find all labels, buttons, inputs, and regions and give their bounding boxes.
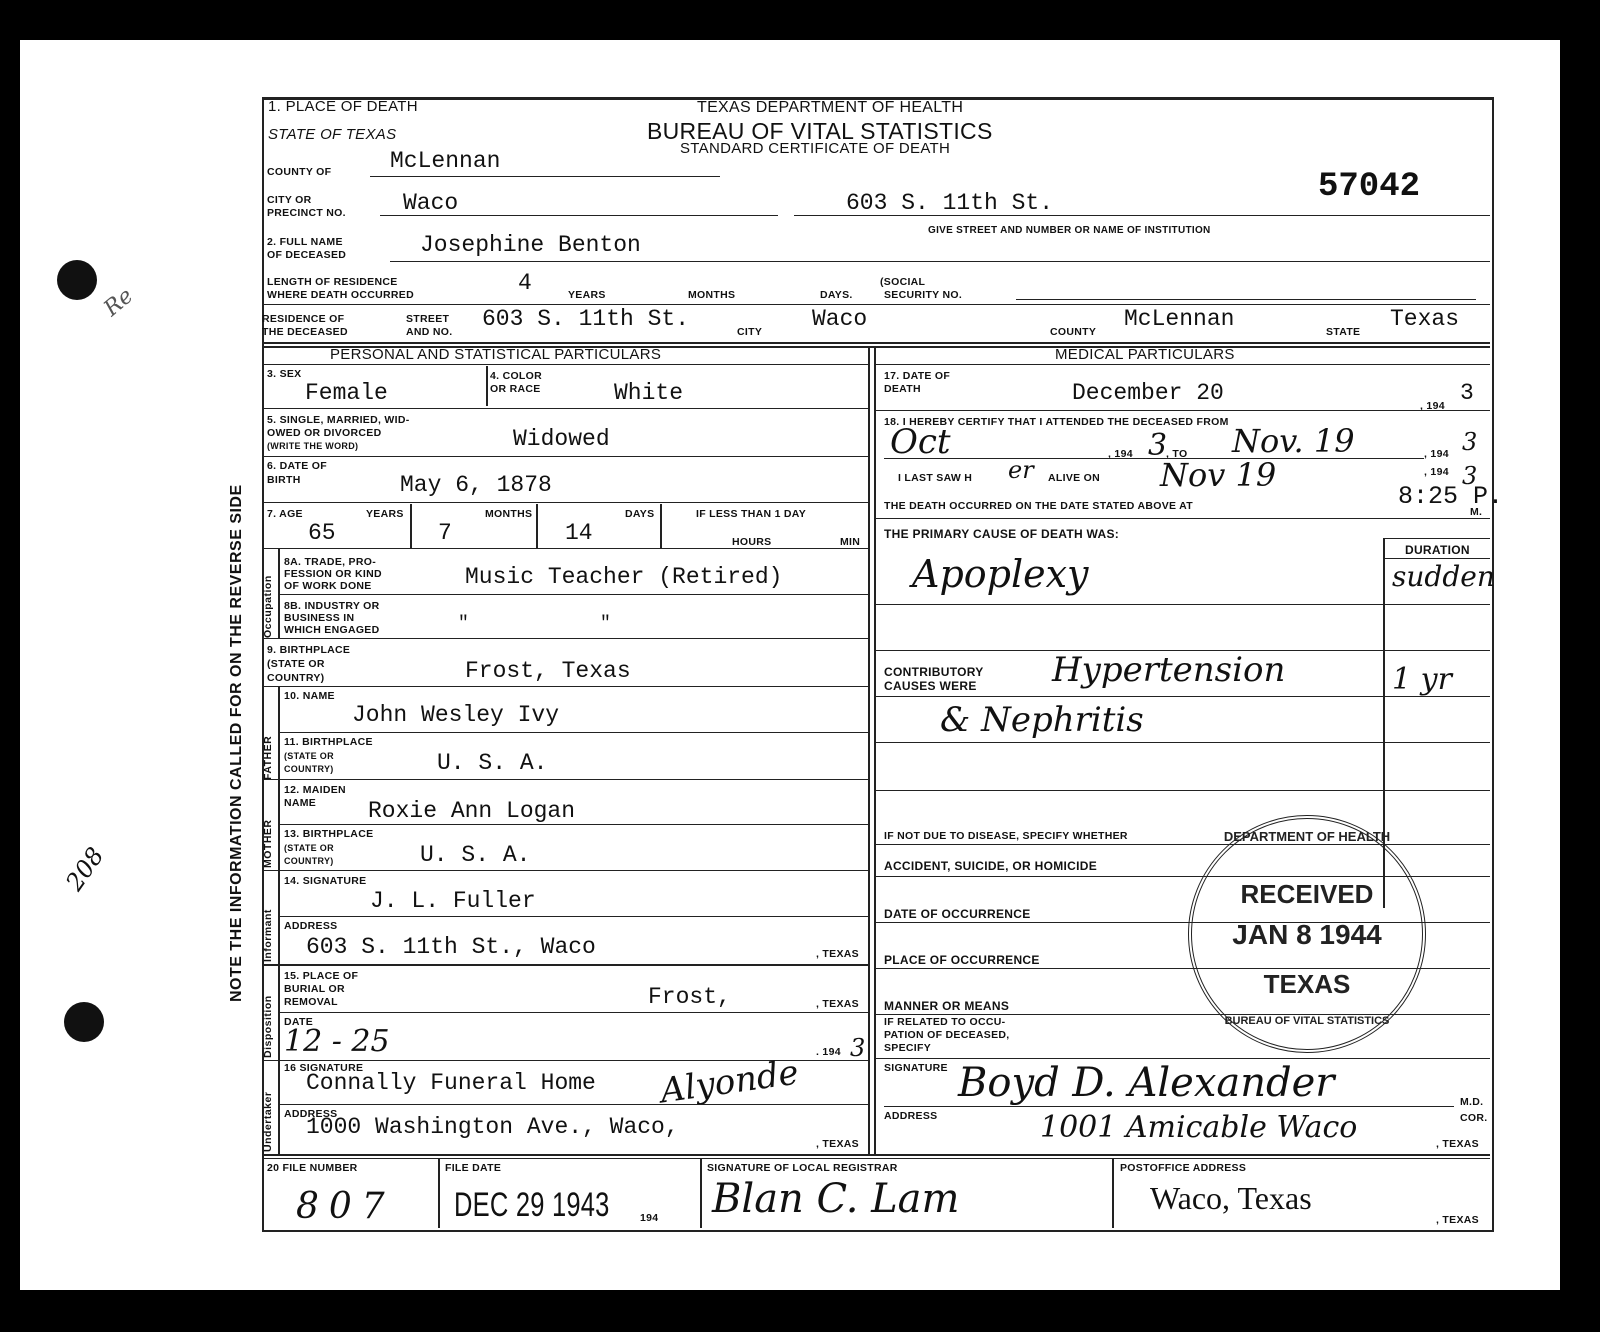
stamp-received: RECEIVED bbox=[1192, 879, 1422, 910]
father-birthplace-label-2: (STATE OR bbox=[284, 750, 334, 763]
personal-section-title: PERSONAL AND STATISTICAL PARTICULARS bbox=[330, 348, 661, 361]
year-prefix: , 194 bbox=[1108, 448, 1133, 461]
texas-label: , TEXAS bbox=[816, 998, 859, 1011]
bureau-title: BUREAU OF VITAL STATISTICS bbox=[647, 120, 993, 142]
last-saw-label: I LAST SAW H bbox=[898, 472, 972, 485]
mother-name-label: 12. MAIDEN bbox=[284, 784, 346, 797]
residence-label-2: THE DECEASED bbox=[262, 326, 348, 339]
contributory-duration: 1 yr bbox=[1392, 662, 1452, 697]
manner-label: MANNER OR MEANS bbox=[884, 1000, 1009, 1013]
attended-to: Nov. 19 bbox=[1232, 422, 1355, 460]
postoffice-value: Waco, Texas bbox=[1150, 1180, 1312, 1217]
residence-length-label: LENGTH OF RESIDENCE bbox=[267, 276, 398, 289]
dob-label: 6. DATE OF bbox=[267, 460, 327, 473]
race-value: White bbox=[614, 380, 683, 406]
trade-label-3: OF WORK DONE bbox=[284, 580, 372, 593]
age-days: 14 bbox=[565, 520, 593, 546]
disposition-side-label: Disposition bbox=[262, 968, 274, 1058]
duration-label: DURATION bbox=[1405, 544, 1470, 557]
texas-label: , TEXAS bbox=[1436, 1214, 1479, 1227]
year-prefix: , 194 bbox=[1424, 466, 1449, 479]
physician-address-label: ADDRESS bbox=[884, 1110, 937, 1123]
informant-address: 603 S. 11th St., Waco bbox=[306, 934, 596, 960]
informant-side-label: Informant bbox=[262, 874, 274, 962]
age-years: 65 bbox=[308, 520, 336, 546]
ssn-label: (SOCIAL bbox=[880, 276, 925, 289]
burial-label: 15. PLACE OF bbox=[284, 970, 358, 983]
cor-label: COR. bbox=[1460, 1112, 1487, 1125]
birthplace-label-3: COUNTRY) bbox=[267, 672, 324, 685]
days-label: DAYS. bbox=[820, 289, 853, 302]
father-name-label: 10. NAME bbox=[284, 690, 335, 703]
ssn-label-2: SECURITY NO. bbox=[884, 289, 962, 302]
age-label: 7. AGE bbox=[267, 508, 303, 521]
death-time-label: THE DEATH OCCURRED ON THE DATE STATED AB… bbox=[884, 500, 1193, 513]
stamp-ring-bottom: BUREAU OF VITAL STATISTICS bbox=[1192, 1015, 1422, 1027]
residence-state: Texas bbox=[1390, 306, 1459, 332]
age-months: 7 bbox=[438, 520, 452, 546]
received-stamp: DEPARTMENT OF HEALTH RECEIVED JAN 8 1944… bbox=[1188, 815, 1426, 1053]
date-occurrence-label: DATE OF OCCURRENCE bbox=[884, 908, 1031, 921]
file-number-label: 20 FILE NUMBER bbox=[267, 1162, 358, 1175]
full-name-label: 2. FULL NAME bbox=[267, 236, 343, 249]
dod-year-suffix: 3 bbox=[1460, 380, 1474, 406]
punch-hole bbox=[57, 260, 97, 300]
registrar-signature: Blan C. Lam bbox=[712, 1176, 959, 1222]
father-side-label: FATHER bbox=[262, 690, 274, 780]
county-label: COUNTY OF bbox=[267, 166, 331, 179]
race-label: 4. COLOR bbox=[490, 370, 542, 383]
industry-label-3: WHICH ENGAGED bbox=[284, 624, 379, 637]
years-label: YEARS bbox=[568, 289, 606, 302]
burial-year-prefix: . 194 bbox=[816, 1046, 841, 1059]
last-saw-date: Nov 19 bbox=[1160, 456, 1276, 494]
dob-label-2: BIRTH bbox=[267, 474, 301, 487]
mother-side-label: MOTHER bbox=[262, 784, 274, 868]
contributory-cause-1: Hypertension bbox=[1052, 650, 1285, 690]
file-date-suffix: 194 bbox=[640, 1212, 658, 1225]
stamp-ring-top: DEPARTMENT OF HEALTH bbox=[1192, 829, 1422, 844]
city-label: CITY bbox=[737, 326, 762, 339]
county-value: McLennan bbox=[390, 148, 500, 174]
file-date: DEC 29 1943 bbox=[454, 1188, 610, 1222]
last-saw-pronoun: er bbox=[1008, 456, 1034, 484]
mother-birthplace-label-2: (STATE OR bbox=[284, 842, 334, 855]
texas-label: , TEXAS bbox=[1436, 1138, 1479, 1151]
undertaker-side-label: Undertaker bbox=[262, 1064, 274, 1152]
residence-street: 603 S. 11th St. bbox=[482, 306, 689, 332]
birthplace-value: Frost, Texas bbox=[465, 658, 631, 684]
sex-label: 3. SEX bbox=[267, 368, 301, 381]
attended-to-year: 3 bbox=[1462, 428, 1477, 456]
undertaker-address: 1000 Washington Ave., Waco, bbox=[306, 1114, 679, 1140]
mother-birthplace-label: 13. BIRTHPLACE bbox=[284, 828, 373, 841]
burial-year-suffix: 3 bbox=[850, 1034, 865, 1062]
race-label-2: OR RACE bbox=[490, 383, 541, 396]
physician-signature-label: SIGNATURE bbox=[884, 1062, 948, 1075]
department-title: TEXAS DEPARTMENT OF HEALTH bbox=[697, 101, 963, 114]
industry-ditto: " bbox=[458, 614, 469, 634]
primary-cause: Apoplexy bbox=[912, 552, 1089, 596]
death-time: 8:25 P. bbox=[1398, 482, 1503, 511]
industry-ditto: " bbox=[600, 614, 611, 634]
informant-label: 14. SIGNATURE bbox=[284, 875, 366, 888]
undertaker-name: Connally Funeral Home bbox=[306, 1070, 596, 1096]
place-of-death-label: 1. PLACE OF DEATH bbox=[268, 100, 418, 113]
mother-birthplace: U. S. A. bbox=[420, 842, 530, 868]
contributory-label: CONTRIBUTORY bbox=[884, 666, 984, 679]
father-birthplace-label: 11. BIRTHPLACE bbox=[284, 736, 373, 749]
accident-label: ACCIDENT, SUICIDE, OR HOMICIDE bbox=[884, 860, 1097, 873]
city-label-2: PRECINCT NO. bbox=[267, 207, 346, 220]
residence-city: Waco bbox=[812, 306, 867, 332]
md-label: M.D. bbox=[1460, 1096, 1483, 1109]
form-title: STANDARD CERTIFICATE OF DEATH bbox=[680, 142, 950, 155]
place-occurrence-label: PLACE OF OCCURRENCE bbox=[884, 954, 1040, 967]
physician-address: 1001 Amicable Waco bbox=[1040, 1110, 1357, 1145]
father-birthplace: U. S. A. bbox=[437, 750, 547, 776]
primary-duration: sudden bbox=[1392, 560, 1495, 593]
informant-address-label: ADDRESS bbox=[284, 920, 337, 933]
stamp-state: TEXAS bbox=[1192, 969, 1422, 1000]
city-label: CITY OR bbox=[267, 194, 312, 207]
physician-signature: Boyd D. Alexander bbox=[958, 1060, 1334, 1106]
street-label-2: AND NO. bbox=[406, 326, 452, 339]
trade-value: Music Teacher (Retired) bbox=[465, 564, 782, 590]
marital-label: 5. SINGLE, MARRIED, WID- bbox=[267, 414, 410, 427]
attended-from: Oct bbox=[890, 422, 951, 462]
months-label: MONTHS bbox=[688, 289, 735, 302]
occupation-related-label: IF RELATED TO OCCU- bbox=[884, 1016, 1005, 1029]
occupation-side-label: Occupation bbox=[262, 552, 274, 638]
registrar-label: SIGNATURE OF LOCAL REGISTRAR bbox=[707, 1162, 898, 1175]
alive-on-label: ALIVE ON bbox=[1048, 472, 1100, 485]
sex-value: Female bbox=[305, 380, 388, 406]
state-label: STATE OF TEXAS bbox=[268, 128, 396, 141]
birthplace-label: 9. BIRTHPLACE bbox=[267, 644, 350, 657]
less-than-day-label: IF LESS THAN 1 DAY bbox=[696, 508, 806, 521]
burial-label-3: REMOVAL bbox=[284, 996, 338, 1009]
texas-label: , TEXAS bbox=[816, 948, 859, 961]
age-months-label: MONTHS bbox=[485, 508, 532, 521]
full-name-label-2: OF DECEASED bbox=[267, 249, 346, 262]
mother-birthplace-label-3: COUNTRY) bbox=[284, 855, 334, 868]
file-number: 807 bbox=[296, 1186, 395, 1227]
contributory-cause-2: & Nephritis bbox=[940, 700, 1144, 740]
informant-name: J. L. Fuller bbox=[370, 888, 536, 914]
dod-label-2: DEATH bbox=[884, 383, 921, 396]
residence-years: 4 bbox=[518, 270, 532, 296]
file-date-label: FILE DATE bbox=[445, 1162, 501, 1175]
age-years-label: YEARS bbox=[366, 508, 404, 521]
stamp-date: JAN 8 1944 bbox=[1192, 919, 1422, 951]
father-birthplace-label-3: COUNTRY) bbox=[284, 763, 334, 776]
occupation-related-label-2: PATION OF DECEASED, bbox=[884, 1029, 1010, 1042]
street-label: STREET bbox=[406, 313, 449, 326]
texas-label: , TEXAS bbox=[816, 1138, 859, 1151]
burial-date: 12 - 25 bbox=[284, 1024, 390, 1059]
not-disease-label: IF NOT DUE TO DISEASE, SPECIFY WHETHER bbox=[884, 830, 1128, 843]
mother-name: Roxie Ann Logan bbox=[368, 798, 575, 824]
residence-length-label-2: WHERE DEATH OCCURRED bbox=[267, 289, 414, 302]
year-prefix: , 194 bbox=[1424, 448, 1449, 461]
age-days-label: DAYS bbox=[625, 508, 654, 521]
punch-hole bbox=[64, 1002, 104, 1042]
dod-value: December 20 bbox=[1072, 380, 1224, 406]
mother-name-label-2: NAME bbox=[284, 797, 316, 810]
dod-year-prefix: , 194 bbox=[1420, 400, 1445, 413]
residence-label: RESIDENCE OF bbox=[262, 313, 344, 326]
deceased-name: Josephine Benton bbox=[420, 232, 641, 258]
medical-section-title: MEDICAL PARTICULARS bbox=[1055, 348, 1235, 361]
city-value: Waco bbox=[403, 190, 458, 216]
street-hint: GIVE STREET AND NUMBER OR NAME OF INSTIT… bbox=[928, 224, 1211, 237]
contributory-label-2: CAUSES WERE bbox=[884, 680, 977, 693]
reverse-side-note: NOTE THE INFORMATION CALLED FOR ON THE R… bbox=[228, 322, 246, 1002]
burial-place: Frost, bbox=[648, 984, 731, 1010]
marital-value: Widowed bbox=[513, 426, 610, 452]
county-label: COUNTY bbox=[1050, 326, 1096, 339]
father-name: John Wesley Ivy bbox=[352, 702, 559, 728]
state-label: STATE bbox=[1326, 326, 1360, 339]
birthplace-label-2: (STATE OR bbox=[267, 658, 325, 671]
occupation-related-label-3: SPECIFY bbox=[884, 1042, 931, 1055]
dob-value: May 6, 1878 bbox=[400, 472, 552, 498]
certificate-number: 57042 bbox=[1318, 168, 1420, 206]
postoffice-label: POSTOFFICE ADDRESS bbox=[1120, 1162, 1246, 1175]
marital-label-3: (WRITE THE WORD) bbox=[267, 440, 358, 453]
residence-county: McLennan bbox=[1124, 306, 1234, 332]
primary-cause-label: THE PRIMARY CAUSE OF DEATH WAS: bbox=[884, 528, 1119, 541]
marital-label-2: OWED OR DIVORCED bbox=[267, 427, 381, 440]
death-street-value: 603 S. 11th St. bbox=[846, 190, 1053, 216]
burial-label-2: BURIAL OR bbox=[284, 983, 345, 996]
dod-label: 17. DATE OF bbox=[884, 370, 950, 383]
